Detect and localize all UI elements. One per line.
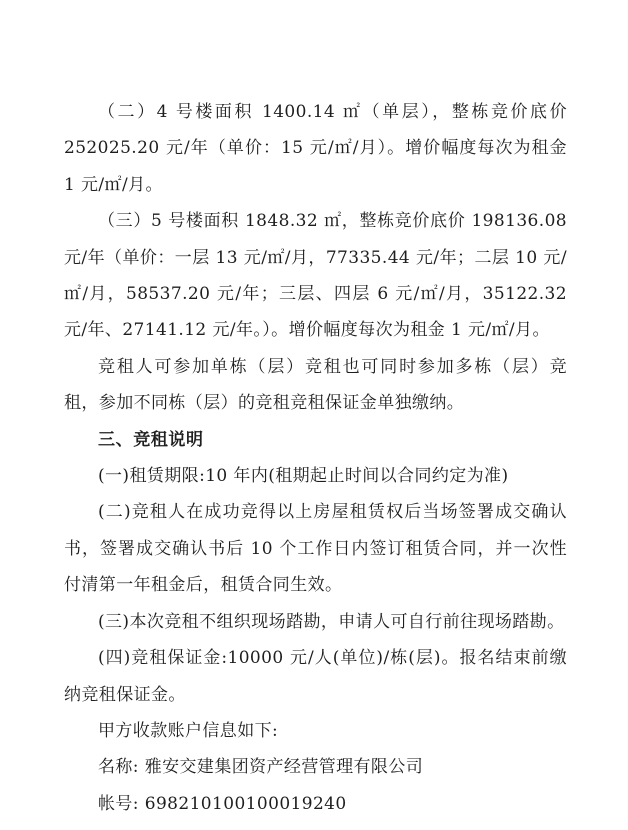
paragraph: 名称: 雅安交建集团资产经营管理有限公司 (64, 749, 567, 785)
paragraph: (三)本次竞租不组织现场踏勘，申请人可自行前往现场踏勘。 (64, 604, 567, 640)
paragraph: （二）4 号楼面积 1400.14 ㎡（单层），整栋竞价底价 252025.20… (64, 94, 567, 203)
paragraph: （三）5 号楼面积 1848.32 ㎡，整栋竞价底价 198136.08 元/年… (64, 203, 567, 349)
document-body: （二）4 号楼面积 1400.14 ㎡（单层），整栋竞价底价 252025.20… (64, 94, 567, 822)
document-page: （二）4 号楼面积 1400.14 ㎡（单层），整栋竞价底价 252025.20… (0, 0, 628, 830)
paragraph: (四)竞租保证金:10000 元/人(单位)/栋(层)。报名结束前缴纳竞租保证金… (64, 640, 567, 713)
paragraph: 竞租人可参加单栋（层）竞租也可同时参加多栋（层）竞租，参加不同栋（层）的竞租竞租… (64, 349, 567, 422)
paragraph: (一)租赁期限:10 年内(租期起止时间以合同约定为准) (64, 458, 567, 494)
paragraph: 帐号: 698210100100019240 (64, 786, 567, 822)
paragraph: (二)竞租人在成功竞得以上房屋租赁权后当场签署成交确认书，签署成交确认书后 10… (64, 494, 567, 603)
paragraph: 甲方收款账户信息如下: (64, 713, 567, 749)
section-heading: 三、竞租说明 (64, 422, 567, 458)
